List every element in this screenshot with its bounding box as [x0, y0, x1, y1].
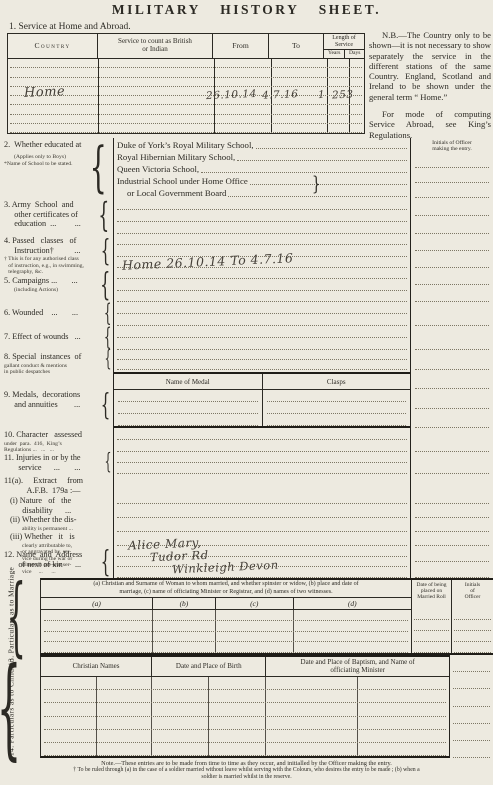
ruled-line — [117, 198, 407, 210]
section-11a-item-i: (i) Nature of the disability ... — [4, 496, 104, 515]
ruled-line — [44, 730, 446, 743]
section-6-entry — [113, 302, 411, 326]
brace: { — [105, 453, 112, 473]
initials-lines — [411, 234, 493, 268]
children-table: Christian Names Date and Place of Birth … — [40, 655, 450, 758]
married-roll-header: Date of being placed on Married Roll — [414, 580, 449, 609]
section-9: 9. Medals, decorations and annuities ...… — [0, 370, 493, 428]
section-9-label: 9. Medals, decorations and annuities ...… — [0, 370, 113, 428]
children-rows — [41, 677, 449, 756]
handwriting-country: Home — [24, 84, 66, 101]
length-of-service-label: Length of Service — [324, 34, 364, 49]
initials-lines — [411, 350, 493, 370]
ruled-line — [44, 621, 408, 632]
ruled-line — [415, 168, 489, 183]
section-7: 7. Effect of wounds ... { — [0, 326, 493, 350]
section-7-entry — [113, 326, 411, 350]
ruled-line — [454, 642, 491, 653]
ruled-line — [415, 504, 489, 518]
ruled-line — [415, 532, 489, 546]
ruled-line — [44, 632, 408, 643]
nb-paragraph-1: N.B.—The Country only to be shown—it is … — [369, 30, 491, 102]
column-header-country: Country — [8, 34, 98, 58]
ruled-line — [415, 285, 489, 302]
ruled-line — [10, 68, 362, 77]
medal-header-name: Name of Medal — [114, 374, 263, 389]
section-3: 3. Army School and other certificates of… — [0, 198, 493, 234]
ruled-line — [44, 642, 408, 653]
footer-note: Note.—These entries are to be made from … — [0, 760, 493, 780]
section-5: 5. Campaigns ... ... (including Actions)… — [0, 268, 493, 302]
entry-lines — [41, 677, 449, 756]
column-header-service: Service to count as British or Indian — [98, 34, 213, 58]
ruled-line — [415, 409, 489, 428]
nb-note: N.B.—The Country only to be shown—it is … — [369, 30, 491, 147]
section-2-label: 2. Whether educated at (Applies only to … — [0, 138, 113, 198]
ruled-line — [117, 428, 407, 440]
ruled-line — [117, 326, 407, 338]
initials-lines — [415, 153, 489, 198]
marriage-table: (a) Christian and Surname of Woman to wh… — [40, 578, 493, 655]
medal-header-clasps: Clasps — [263, 378, 411, 386]
section-11a-item-iii: (iii) Whether it is — [4, 532, 104, 542]
ruled-line — [117, 504, 407, 518]
school-option-row: Duke of York’s Royal Military School, — [117, 138, 407, 150]
medal-name-lines — [114, 390, 263, 426]
section-11a: 11(a). Extract from A.F.B. 179a :— (i) N… — [0, 474, 493, 546]
ruled-line — [415, 389, 489, 408]
ruled-line — [415, 302, 489, 326]
section-8-title: 8. Special instances of — [4, 352, 104, 362]
entry-lines — [414, 609, 449, 653]
column-header-years: Years — [324, 50, 345, 58]
ruled-line — [453, 724, 490, 741]
ruled-line — [117, 210, 407, 222]
ruled-line — [250, 184, 407, 185]
handwriting-days: 253 — [332, 89, 354, 102]
school-option-row: Royal Hibernian Military School, — [117, 150, 407, 162]
ruled-line — [44, 610, 408, 621]
ruled-line — [117, 279, 407, 290]
children-side: 14. Particulars as to Children { — [0, 655, 40, 758]
marriage-col-c: (c) — [215, 598, 293, 609]
ruled-line — [415, 234, 489, 251]
page-title: MILITARY HISTORY SHEET. — [0, 2, 493, 18]
footer-note-2: † To be ruled through (a) in the case of… — [0, 767, 493, 780]
entry-lines — [41, 610, 411, 653]
children-col-names: Christian Names — [41, 657, 151, 676]
ruled-line — [415, 518, 489, 532]
section-11-title: 11. Injuries in or by the service ... ..… — [4, 453, 104, 472]
brace: { — [105, 350, 112, 370]
section-6: 6. Wounded ... ... { — [0, 302, 493, 326]
ruled-line — [414, 609, 449, 620]
service-table-header: Country Service to count as British or I… — [8, 34, 364, 59]
married-roll-column: Date of being placed on Married Roll — [411, 580, 451, 653]
ruled-line — [453, 672, 490, 689]
ruled-line — [415, 370, 489, 389]
section-11-label: 11. Injuries in or by the service ... ..… — [0, 452, 113, 474]
ruled-line — [10, 59, 362, 68]
initials-lines — [411, 474, 493, 546]
section-6-title: 6. Wounded ... ... — [4, 308, 104, 318]
brace: { — [89, 144, 106, 193]
ruled-line — [44, 743, 446, 756]
ruled-line — [117, 302, 407, 314]
ruled-line — [415, 428, 489, 452]
ruled-line — [117, 234, 407, 245]
ruled-line — [44, 690, 446, 703]
marriage-col-a: (a) — [41, 598, 152, 609]
school-option-row: Industrial School under Home Office — [117, 174, 407, 186]
column-header-to: To — [269, 34, 324, 58]
brace: { — [104, 327, 112, 349]
ruled-line — [453, 741, 490, 758]
section-3-label: 3. Army School and other certificates of… — [0, 198, 113, 234]
marriage-col-b: (b) — [152, 598, 215, 609]
initials-lines — [450, 655, 493, 758]
ruled-line — [44, 677, 446, 690]
school-option-3: Queen Victoria School, — [117, 164, 201, 174]
ruled-line — [117, 222, 407, 234]
ruled-line — [415, 153, 489, 168]
children-col-baptism: Date and Place of Baptism, and Name of o… — [265, 657, 449, 676]
school-option-5: or Local Government Board — [127, 188, 228, 198]
section-9-title: 9. Medals, decorations and annuities ... — [4, 390, 104, 409]
ruled-line — [415, 198, 489, 216]
school-option-2: Royal Hibernian Military School, — [117, 152, 237, 162]
column-header-length: Length of Service Years Days — [324, 34, 364, 58]
brace: { — [7, 582, 26, 651]
section-5-entry — [113, 268, 411, 302]
ruled-line — [228, 196, 407, 197]
ruled-line — [10, 105, 362, 114]
ruled-line — [118, 402, 258, 414]
military-history-sheet: MILITARY HISTORY SHEET. 1. Service at Ho… — [0, 0, 493, 785]
section1-label: 1. Service at Home and Abroad. — [9, 22, 131, 32]
ruled-line — [453, 655, 490, 672]
section-5-label: 5. Campaigns ... ... (including Actions)… — [0, 268, 113, 302]
section-11: 11. Injuries in or by the service ... ..… — [0, 452, 493, 474]
ruled-line — [267, 402, 407, 414]
ruled-line — [267, 414, 407, 426]
brace: { — [101, 238, 111, 265]
ruled-line — [118, 390, 258, 402]
section-3-entry — [113, 198, 411, 234]
ruled-line — [454, 620, 491, 631]
children-section: 14. Particulars as to Children { Christi… — [0, 655, 493, 758]
initials-column-header: Initials of Officer making the entry. — [415, 138, 489, 153]
ruled-line — [10, 115, 362, 124]
brace: { — [101, 391, 111, 418]
handwriting-to-date: 4.7.16 — [262, 88, 299, 102]
brace: { — [0, 663, 21, 751]
ruled-line — [117, 463, 407, 474]
ruled-line — [415, 452, 489, 474]
section-10: 10. Character assessed under para. 416, … — [0, 428, 493, 452]
ruled-line — [415, 251, 489, 268]
section-11a-item-ii: (ii) Whether the dis- — [4, 515, 104, 525]
brace: { — [100, 271, 110, 300]
marriage-initials-column: Initials of Officer — [451, 580, 493, 653]
entry-lines — [454, 609, 491, 653]
group-brace: } — [312, 171, 321, 195]
medal-table-body — [114, 390, 410, 426]
marriage-column-letters: (a) (b) (c) (d) — [41, 598, 411, 610]
initials-lines — [411, 370, 493, 428]
ruled-line — [201, 172, 407, 173]
ruled-line — [117, 440, 407, 452]
section-6-label: 6. Wounded ... ... { — [0, 302, 113, 326]
medal-clasps-lines — [263, 390, 411, 426]
children-table-header: Christian Names Date and Place of Birth … — [41, 657, 449, 677]
section-4-label: 4. Passed classes of Instruction† ... † … — [0, 234, 113, 268]
section-2: 2. Whether educated at (Applies only to … — [0, 138, 493, 198]
section-11a-label: 11(a). Extract from A.F.B. 179a :— (i) N… — [0, 474, 113, 546]
initials-lines — [411, 428, 493, 452]
handwriting-years: 1 — [318, 89, 326, 101]
section-5-note: (including Actions) — [4, 287, 104, 293]
section-8-label: 8. Special instances of gallant conduct … — [0, 350, 113, 370]
service-table-body: Home 26.10.14 4.7.16 1 253 — [8, 59, 364, 133]
ruled-line — [117, 360, 407, 370]
medal-table-header: Name of Medal Clasps — [114, 374, 410, 390]
form-body: 2. Whether educated at (Applies only to … — [0, 138, 493, 578]
initials-lines — [411, 546, 493, 578]
marriage-header-description: (a) Christian and Surname of Woman to wh… — [41, 580, 411, 598]
section-10-entry — [113, 428, 411, 452]
section-5-title: 5. Campaigns ... ... — [4, 276, 104, 286]
handwriting-from-date: 26.10.14 — [206, 88, 257, 102]
ruled-line — [117, 338, 407, 350]
marriage-col-d: (d) — [293, 598, 411, 609]
ruled-line — [44, 717, 446, 730]
ruled-line — [117, 490, 407, 504]
ruled-line — [117, 314, 407, 326]
ruled-line — [117, 518, 407, 532]
ruled-line — [117, 350, 407, 360]
ruled-line — [414, 642, 449, 653]
ruled-line — [415, 546, 489, 562]
initials-lines — [411, 302, 493, 326]
ruled-line — [414, 631, 449, 642]
ruled-line — [454, 631, 491, 642]
brace: { — [101, 549, 111, 576]
ruled-line — [415, 350, 489, 370]
ruled-line — [415, 562, 489, 578]
brace: { — [99, 201, 110, 232]
initials-lines — [411, 198, 493, 234]
ruled-line — [117, 452, 407, 463]
section-8-entry — [113, 350, 411, 370]
section-7-title: 7. Effect of wounds ... — [4, 332, 104, 342]
marriage-table-left: (a) Christian and Surname of Woman to wh… — [41, 580, 411, 653]
ruled-line — [414, 620, 449, 631]
ruled-line — [415, 268, 489, 285]
section-10-label: 10. Character assessed under para. 416, … — [0, 428, 113, 452]
ruled-line — [415, 326, 489, 350]
marriage-initials-header: Initials of Officer — [454, 580, 491, 609]
ruled-line — [415, 216, 489, 234]
section-10-title: 10. Character assessed — [4, 430, 104, 440]
section-2-entry: Duke of York’s Royal Military School, Ro… — [113, 138, 411, 198]
school-option-1: Duke of York’s Royal Military School, — [117, 140, 256, 150]
initials-lines — [411, 326, 493, 350]
ruled-line — [10, 124, 362, 133]
length-subheader: Years Days — [324, 49, 364, 58]
children-col-birth: Date and Place of Birth — [151, 657, 265, 676]
ruled-line — [237, 160, 407, 161]
ruled-line — [44, 703, 446, 716]
section-11a-entry — [113, 474, 411, 546]
section-7-label: 7. Effect of wounds ... { — [0, 326, 113, 350]
ruled-line — [256, 148, 407, 149]
medal-table: Name of Medal Clasps — [114, 372, 410, 428]
ruled-line — [118, 414, 258, 426]
ruled-line — [267, 390, 407, 402]
ruled-line — [117, 291, 407, 302]
brace: { — [104, 303, 112, 325]
section-8: 8. Special instances of gallant conduct … — [0, 350, 493, 370]
marriage-section: 13. Particulars as to Marriage { (a) Chr… — [0, 578, 493, 655]
service-table: Country Service to count as British or I… — [7, 33, 365, 134]
column-header-days: Days — [345, 50, 364, 58]
section-9-entry: Name of Medal Clasps — [113, 370, 411, 428]
column-header-from: From — [213, 34, 269, 58]
footer-note-1: Note.—These entries are to be made from … — [0, 760, 493, 767]
school-option-row: or Local Government Board — [117, 186, 407, 198]
marriage-rows — [41, 610, 411, 653]
section-4-title: 4. Passed classes of Instruction† ... — [4, 236, 104, 255]
ruled-line — [453, 689, 490, 706]
section-3-title: 3. Army School and other certificates of… — [4, 200, 104, 229]
ruled-line — [454, 609, 491, 620]
section-11-entry — [113, 452, 411, 474]
school-option-row: Queen Victoria School, — [117, 162, 407, 174]
section-11a-title: 11(a). Extract from A.F.B. 179a :— — [4, 476, 104, 495]
ruled-line — [453, 707, 490, 724]
school-option-4: Industrial School under Home Office — [117, 176, 250, 186]
nb-paragraph-2: For mode of computing Service Abroad, se… — [369, 109, 491, 140]
initials-lines — [411, 452, 493, 474]
initials-lines — [411, 268, 493, 302]
ruled-line — [415, 183, 489, 198]
ruled-line — [415, 490, 489, 504]
initials-column: Initials of Officer making the entry. — [411, 138, 493, 198]
